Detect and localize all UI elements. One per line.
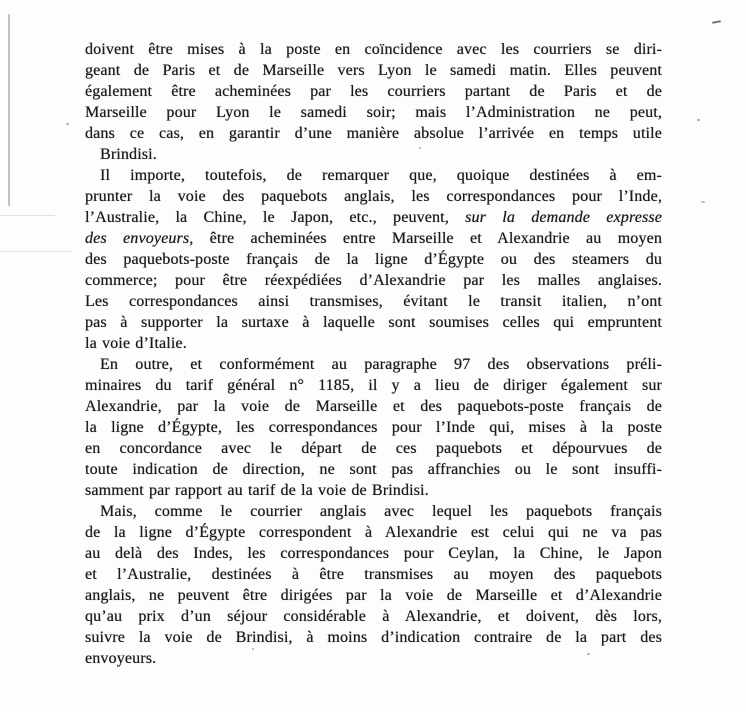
text-line: également être acheminées par les courri… (85, 81, 662, 102)
text-segment: l’Australie, la Chine, le Japon, etc., p… (85, 209, 465, 226)
text-segment: au delà des Indes, les correspondances p… (85, 545, 662, 562)
text-segment: pas à supporter la surtaxe à laquelle so… (85, 314, 662, 331)
text-line: dans ce cas, en garantir d’une manière a… (85, 123, 662, 144)
text-segment: également être acheminées par les courri… (85, 83, 662, 100)
text-segment: samment par rapport au tarif de la voie … (85, 482, 429, 499)
text-line: et l’Australie, destinées à être transmi… (85, 564, 662, 585)
text-line: Il importe, toutefois, de remarquer que,… (85, 165, 662, 186)
text-segment: de la ligne d’Égypte correspondent à Ale… (85, 524, 662, 541)
paragraph: Il importe, toutefois, de remarquer que,… (85, 165, 662, 354)
paragraph: Mais, comme le courrier anglais avec leq… (85, 501, 662, 669)
text-line: la voie d’Italie. (85, 333, 662, 354)
text-segment: anglais, ne peuvent être dirigées par la… (85, 587, 662, 604)
scan-speck (701, 201, 705, 203)
text-line: des envoyeurs, être acheminées entre Mar… (85, 228, 662, 249)
paragraph: doivent être mises à la poste en coïncid… (85, 39, 662, 165)
text-line: Brindisi. (85, 144, 662, 165)
text-line: geant de Paris et de Marseille vers Lyon… (85, 60, 662, 81)
text-line: toute indication de direction, ne sont p… (85, 459, 662, 480)
text-segment: Mais, comme le courrier anglais avec leq… (100, 503, 662, 520)
text-line: Les correspondances ainsi transmises, év… (85, 291, 662, 312)
text-line: prunter la voie des paquebots anglais, l… (85, 186, 662, 207)
text-segment: doivent être mises à la poste en coïncid… (85, 41, 662, 58)
text-block: doivent être mises à la poste en coïncid… (85, 39, 662, 669)
text-segment: prunter la voie des paquebots anglais, l… (85, 188, 662, 205)
paragraph: En outre, et conformément au paragraphe … (85, 354, 662, 501)
text-segment: commerce; pour être réexpédiées d’Alexan… (85, 272, 662, 289)
text-segment: Les correspondances ainsi transmises, év… (85, 293, 662, 310)
text-line: commerce; pour être réexpédiées d’Alexan… (85, 270, 662, 291)
text-segment: la voie d’Italie. (85, 335, 187, 352)
text-segment: En outre, et conformément au paragraphe … (100, 356, 662, 373)
text-segment: minaires du tarif général n° 1185, il y … (85, 377, 662, 394)
text-segment: en concordance avec le départ de ces paq… (85, 440, 662, 457)
italic-text-segment: des envoyeurs, (85, 230, 193, 247)
text-line: de la ligne d’Égypte correspondent à Ale… (85, 522, 662, 543)
scan-streak (0, 215, 55, 216)
text-segment: geant de Paris et de Marseille vers Lyon… (85, 62, 662, 79)
text-line: suivre la voie de Brindisi, à moins d’in… (85, 627, 662, 648)
text-segment: dans ce cas, en garantir d’une manière a… (85, 125, 662, 142)
text-segment: et l’Australie, destinées à être transmi… (85, 566, 662, 583)
scan-speck (712, 20, 721, 24)
page-edge-scan-line (8, 14, 10, 206)
text-segment: toute indication de direction, ne sont p… (85, 461, 662, 478)
text-segment: Alexandrie, par la voie de Marseille et … (85, 398, 662, 415)
text-line: doivent être mises à la poste en coïncid… (85, 39, 662, 60)
text-line: envoyeurs. (85, 648, 662, 669)
text-line: minaires du tarif général n° 1185, il y … (85, 375, 662, 396)
text-line: En outre, et conformément au paragraphe … (85, 354, 662, 375)
text-line: pas à supporter la surtaxe à laquelle so… (85, 312, 662, 333)
text-segment: envoyeurs. (85, 650, 156, 667)
text-line: Marseille pour Lyon le samedi soir; mais… (85, 102, 662, 123)
text-segment: Il importe, toutefois, de remarquer que,… (100, 167, 662, 184)
text-line: en concordance avec le départ de ces paq… (85, 438, 662, 459)
text-segment: suivre la voie de Brindisi, à moins d’in… (85, 629, 662, 646)
text-segment: être acheminées entre Marseille et Alexa… (193, 230, 662, 247)
text-line: anglais, ne peuvent être dirigées par la… (85, 585, 662, 606)
text-line: samment par rapport au tarif de la voie … (85, 480, 662, 501)
italic-text-segment: sur la demande expresse (465, 209, 662, 226)
text-segment: des paquebots-poste français de la ligne… (85, 251, 662, 268)
scan-speck (697, 119, 700, 121)
scanned-document-page: doivent être mises à la poste en coïncid… (0, 0, 746, 712)
text-line: au delà des Indes, les correspondances p… (85, 543, 662, 564)
scan-streak (0, 251, 72, 252)
text-line: qu’au prix d’un séjour considérable à Al… (85, 606, 662, 627)
text-line: la ligne d’Égypte, les correspondances p… (85, 417, 662, 438)
text-segment: qu’au prix d’un séjour considérable à Al… (85, 608, 662, 625)
text-line: Alexandrie, par la voie de Marseille et … (85, 396, 662, 417)
text-line: Mais, comme le courrier anglais avec leq… (85, 501, 662, 522)
text-segment: la ligne d’Égypte, les correspondances p… (85, 419, 662, 436)
text-segment: Marseille pour Lyon le samedi soir; mais… (85, 104, 662, 121)
scan-speck (66, 123, 69, 125)
text-line: l’Australie, la Chine, le Japon, etc., p… (85, 207, 662, 228)
text-segment: Brindisi. (100, 146, 157, 163)
text-line: des paquebots-poste français de la ligne… (85, 249, 662, 270)
